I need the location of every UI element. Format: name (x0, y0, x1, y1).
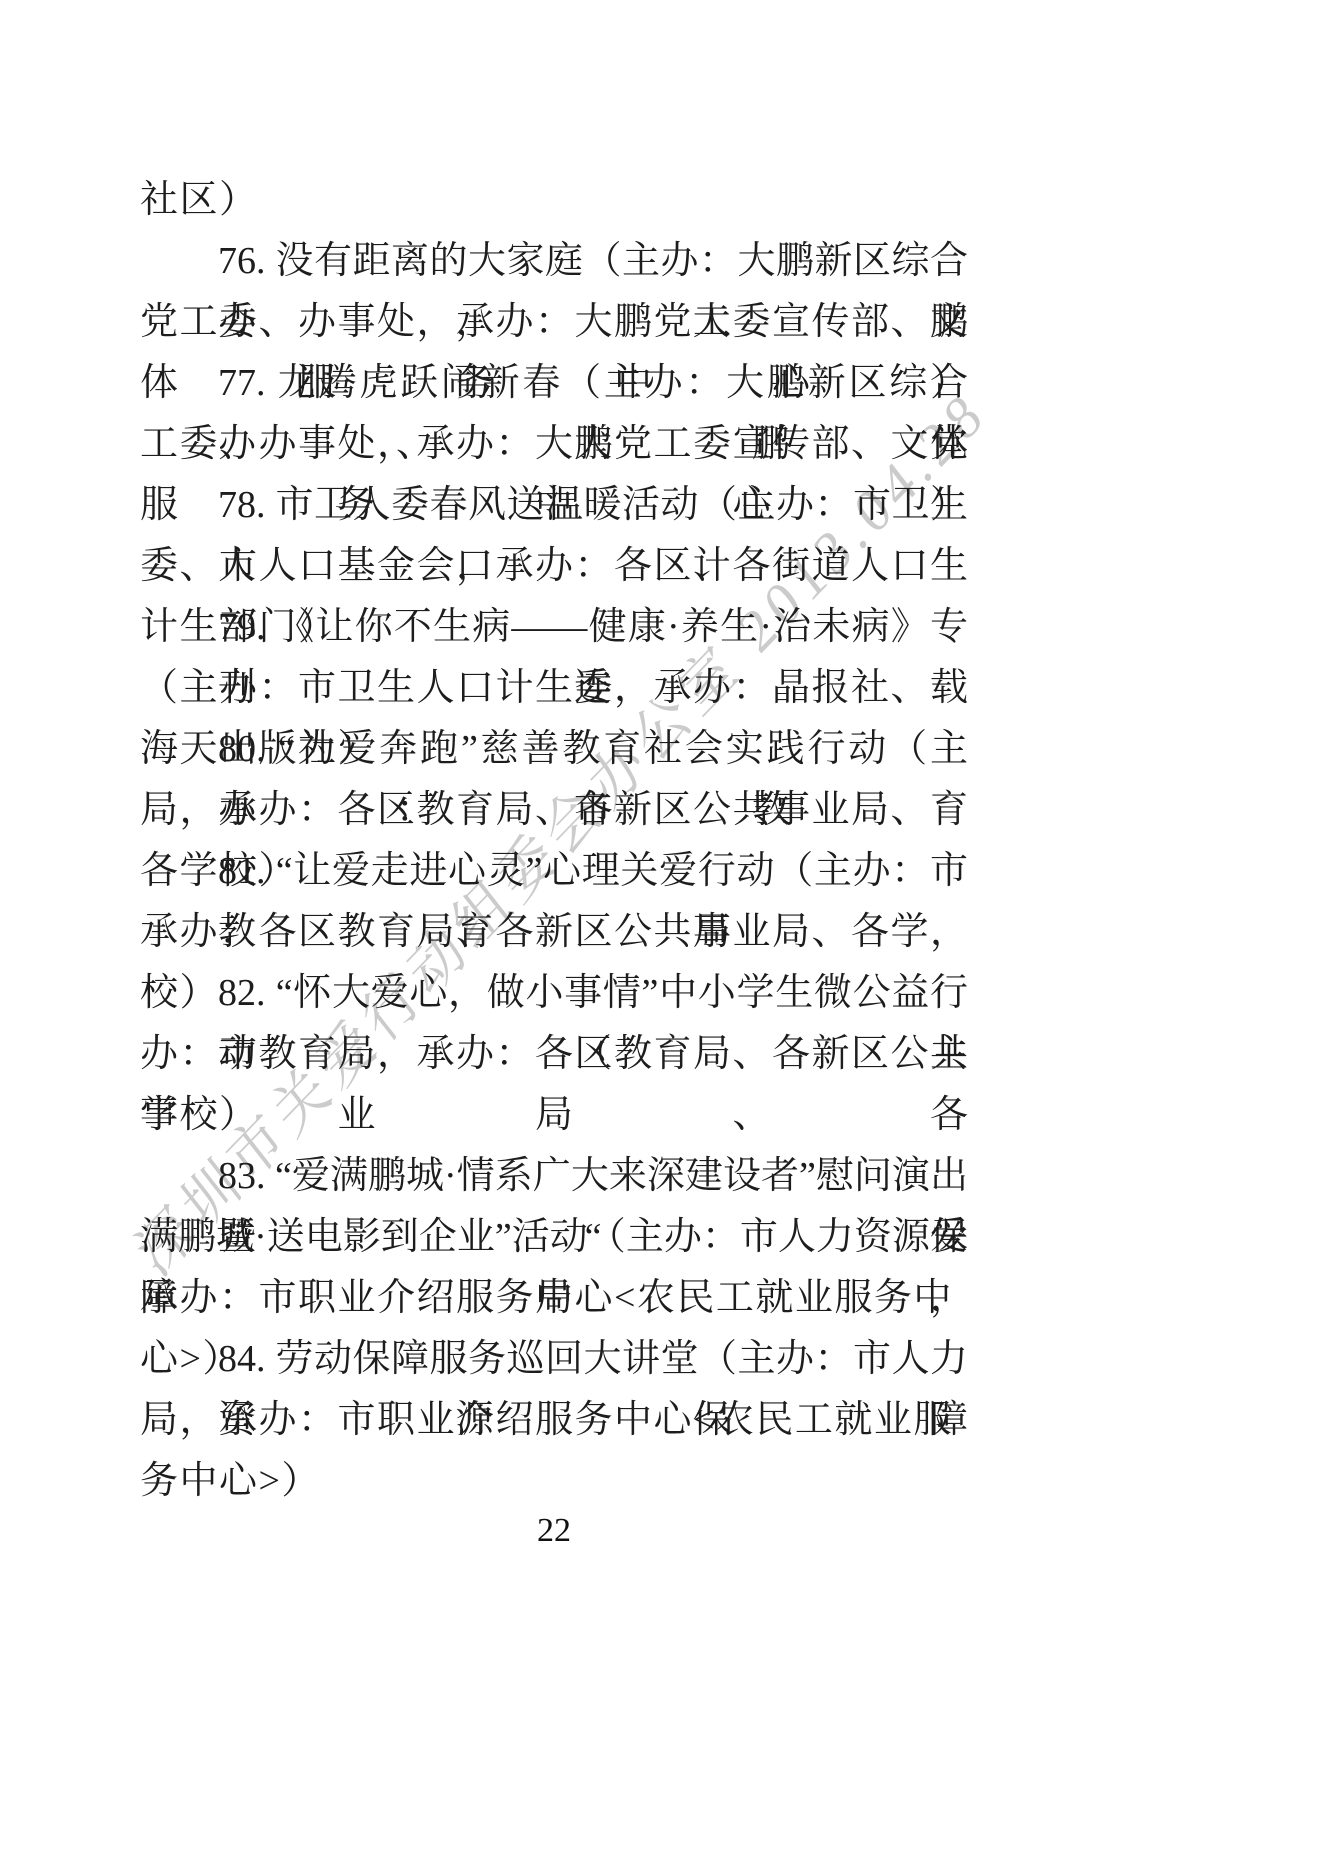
document-line: 局，承办：市职业介绍服务中心<农民工就业服务中心>） (140, 1390, 968, 1451)
document-line: 81. “让爱走进心灵”心理关爱行动（主办：市教育局， (140, 841, 968, 902)
document-line: 承办：市职业介绍服务中心<农民工就业服务中心>） (140, 1268, 968, 1329)
document-line: 80. “为爱奔跑”慈善教育社会实践行动（主办：市教育 (140, 719, 968, 780)
document-line: 局，承办：各区教育局、各新区公共事业局、各学校） (140, 780, 968, 841)
document-line: 办：市教育局，承办：各区教育局、各新区公共事业局、各 (140, 1024, 968, 1085)
document-line: 84. 劳动保障服务巡回大讲堂（主办：市人力资源保障 (140, 1329, 968, 1390)
document-line: 承办：各区教育局、各新区公共事业局、各学校） (140, 902, 968, 963)
document-line: 社区） (140, 170, 968, 231)
document-line: 79. 《让你不生病——健康·养生·治未病》专刊连载 (140, 597, 968, 658)
document-line: 满鹏城·送电影到企业”活动（主办：市人力资源保障局， (140, 1207, 968, 1268)
document-line: 78. 市卫人委春风送温暖活动（主办：市卫生人口计生 (140, 475, 968, 536)
document-line: 83. “爱满鹏城·情系广大来深建设者”慰问演出暨“爱 (140, 1146, 968, 1207)
document-line: 党工委、办事处，承办：大鹏党工委宣传部、文体服务中心） (140, 292, 968, 353)
document-line: 76. 没有距离的大家庭（主办：大鹏新区综合办，大鹏 (140, 231, 968, 292)
document-line: （主办：市卫生人口计生委，承办：晶报社、海天出版社） (140, 658, 968, 719)
document-page: 深圳市关爱行动组委会办公室 2013.04.28 社区）76. 没有距离的大家庭… (0, 0, 1323, 1871)
document-line: 委、市人口基金会，承办：各区、各街道人口计生部门） (140, 536, 968, 597)
document-line: 工委、办事处，承办：大鹏党工委宣传部、文体服务中心） (140, 414, 968, 475)
page-number: 22 (140, 1512, 968, 1550)
document-line: 77. 龙腾虎跃闹新春（主办：大鹏新区综合办、大鹏党 (140, 353, 968, 414)
document-line: 82. “怀大爱心，做小事情”中小学生微公益行动（主 (140, 963, 968, 1024)
document-lines: 社区）76. 没有距离的大家庭（主办：大鹏新区综合办，大鹏党工委、办事处，承办：… (140, 170, 968, 1451)
